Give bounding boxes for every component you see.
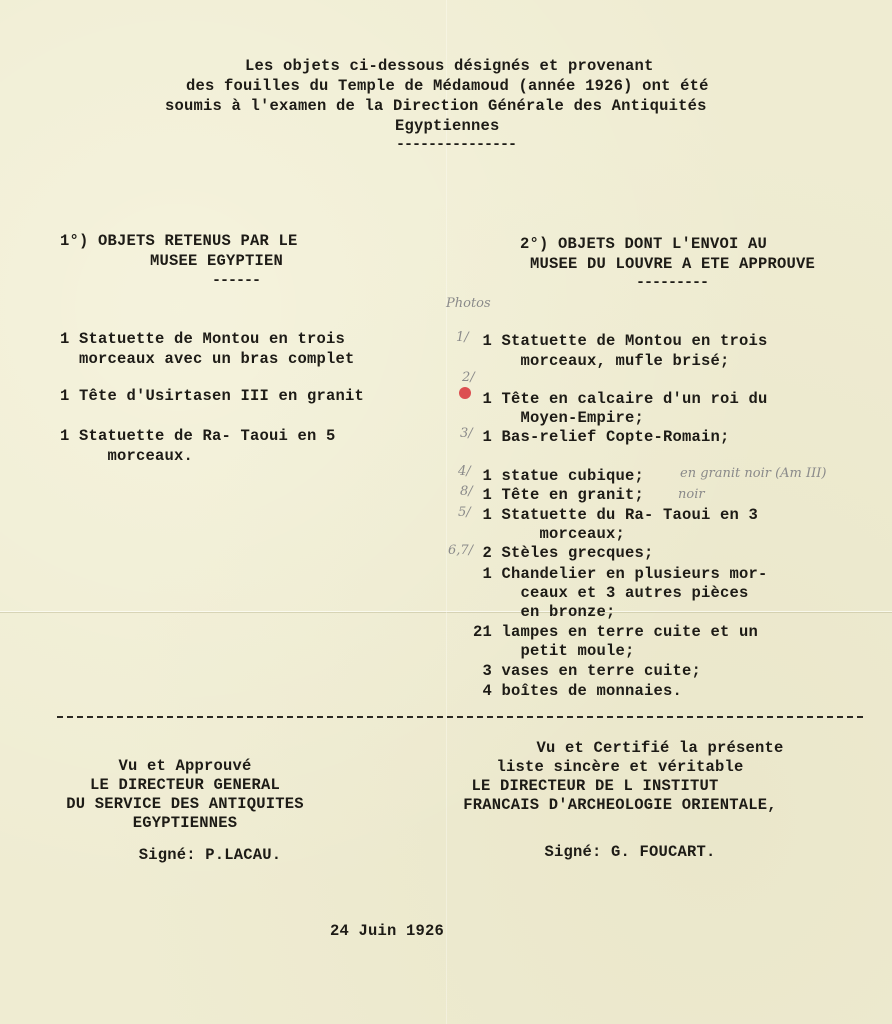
signature-line: Vu et Certifié la présente [470,739,850,757]
signature-line: FRANCAIS D'ARCHEOLOGIE ORIENTALE, [420,796,820,814]
list-item: morceaux avec un bras complet [60,350,355,368]
section-divider [57,716,863,718]
signature-line: Vu et Approuvé [20,757,350,775]
pencil-mark: 4/ [458,464,471,479]
right-heading: 2°) OBJETS DONT L'ENVOI AU [520,235,767,253]
left-heading: MUSEE EGYPTIEN [150,252,283,270]
list-item: morceaux. [60,447,193,465]
signed-name: Signé: P.LACAU. [20,846,400,864]
left-heading: 1°) OBJETS RETENUS PAR LE [60,232,298,250]
handwritten-annotation: en granit noir (Am III) [680,466,826,481]
red-dot-mark [459,387,471,399]
signature-line: EGYPTIENNES [20,814,350,832]
list-item: 1 statue cubique; [473,467,644,485]
signature-line: LE DIRECTEUR GENERAL [20,776,350,794]
signature-line: LE DIRECTEUR DE L INSTITUT [405,777,785,795]
pencil-mark: 2/ [462,370,475,385]
pencil-mark: 8/ [460,484,473,499]
left-divider: ------ [212,272,260,289]
pencil-mark: 3/ [460,426,473,441]
handwritten-annotation: noir [678,487,705,502]
paper-fold-vertical [446,0,447,1024]
list-item: 1 Statuette de Montou en trois [473,332,768,350]
header-divider: --------------- [396,136,516,153]
list-item: morceaux, mufle brisé; [473,352,730,370]
pencil-mark: 1/ [456,330,469,345]
list-item: en bronze; [473,603,616,621]
signature-line: DU SERVICE DES ANTIQUITES [20,795,350,813]
right-divider: --------- [636,274,708,291]
list-item: 1 Tête d'Usirtasen III en granit [60,387,364,405]
list-item: 1 Tête en granit; [473,486,644,504]
header-line: des fouilles du Temple de Médamoud (anné… [186,77,709,95]
pencil-mark: 5/ [458,505,471,520]
list-item: petit moule; [473,642,635,660]
list-item: 1 Bas-relief Copte-Romain; [473,428,730,446]
signed-name: Signé: G. FOUCART. [440,843,820,861]
list-item: 3 vases en terre cuite; [473,662,701,680]
list-item: 1 Tête en calcaire d'un roi du [473,390,768,408]
list-item: 4 boîtes de monnaies. [473,682,682,700]
list-item: Moyen-Empire; [473,409,644,427]
right-heading: MUSEE DU LOUVRE A ETE APPROUVE [530,255,815,273]
list-item: 21 lampes en terre cuite et un [473,623,758,641]
list-item: 2 Stèles grecques; [473,544,654,562]
handwritten-photos-note: Photos [446,296,491,311]
header-line: Egyptiennes [395,117,500,135]
list-item: morceaux; [473,525,625,543]
pencil-mark: 6,7/ [448,543,473,558]
list-item: 1 Chandelier en plusieurs mor- [473,565,768,583]
signature-line: liste sincère et véritable [430,758,810,776]
list-item: 1 Statuette de Ra- Taoui en 5 [60,427,336,445]
list-item: 1 Statuette de Montou en trois [60,330,345,348]
list-item: 1 Statuette du Ra- Taoui en 3 [473,506,758,524]
header-line: Les objets ci-dessous désignés et proven… [245,57,654,75]
header-line: soumis à l'examen de la Direction Généra… [165,97,707,115]
list-item: ceaux et 3 autres pièces [473,584,749,602]
document-date: 24 Juin 1926 [330,922,444,940]
